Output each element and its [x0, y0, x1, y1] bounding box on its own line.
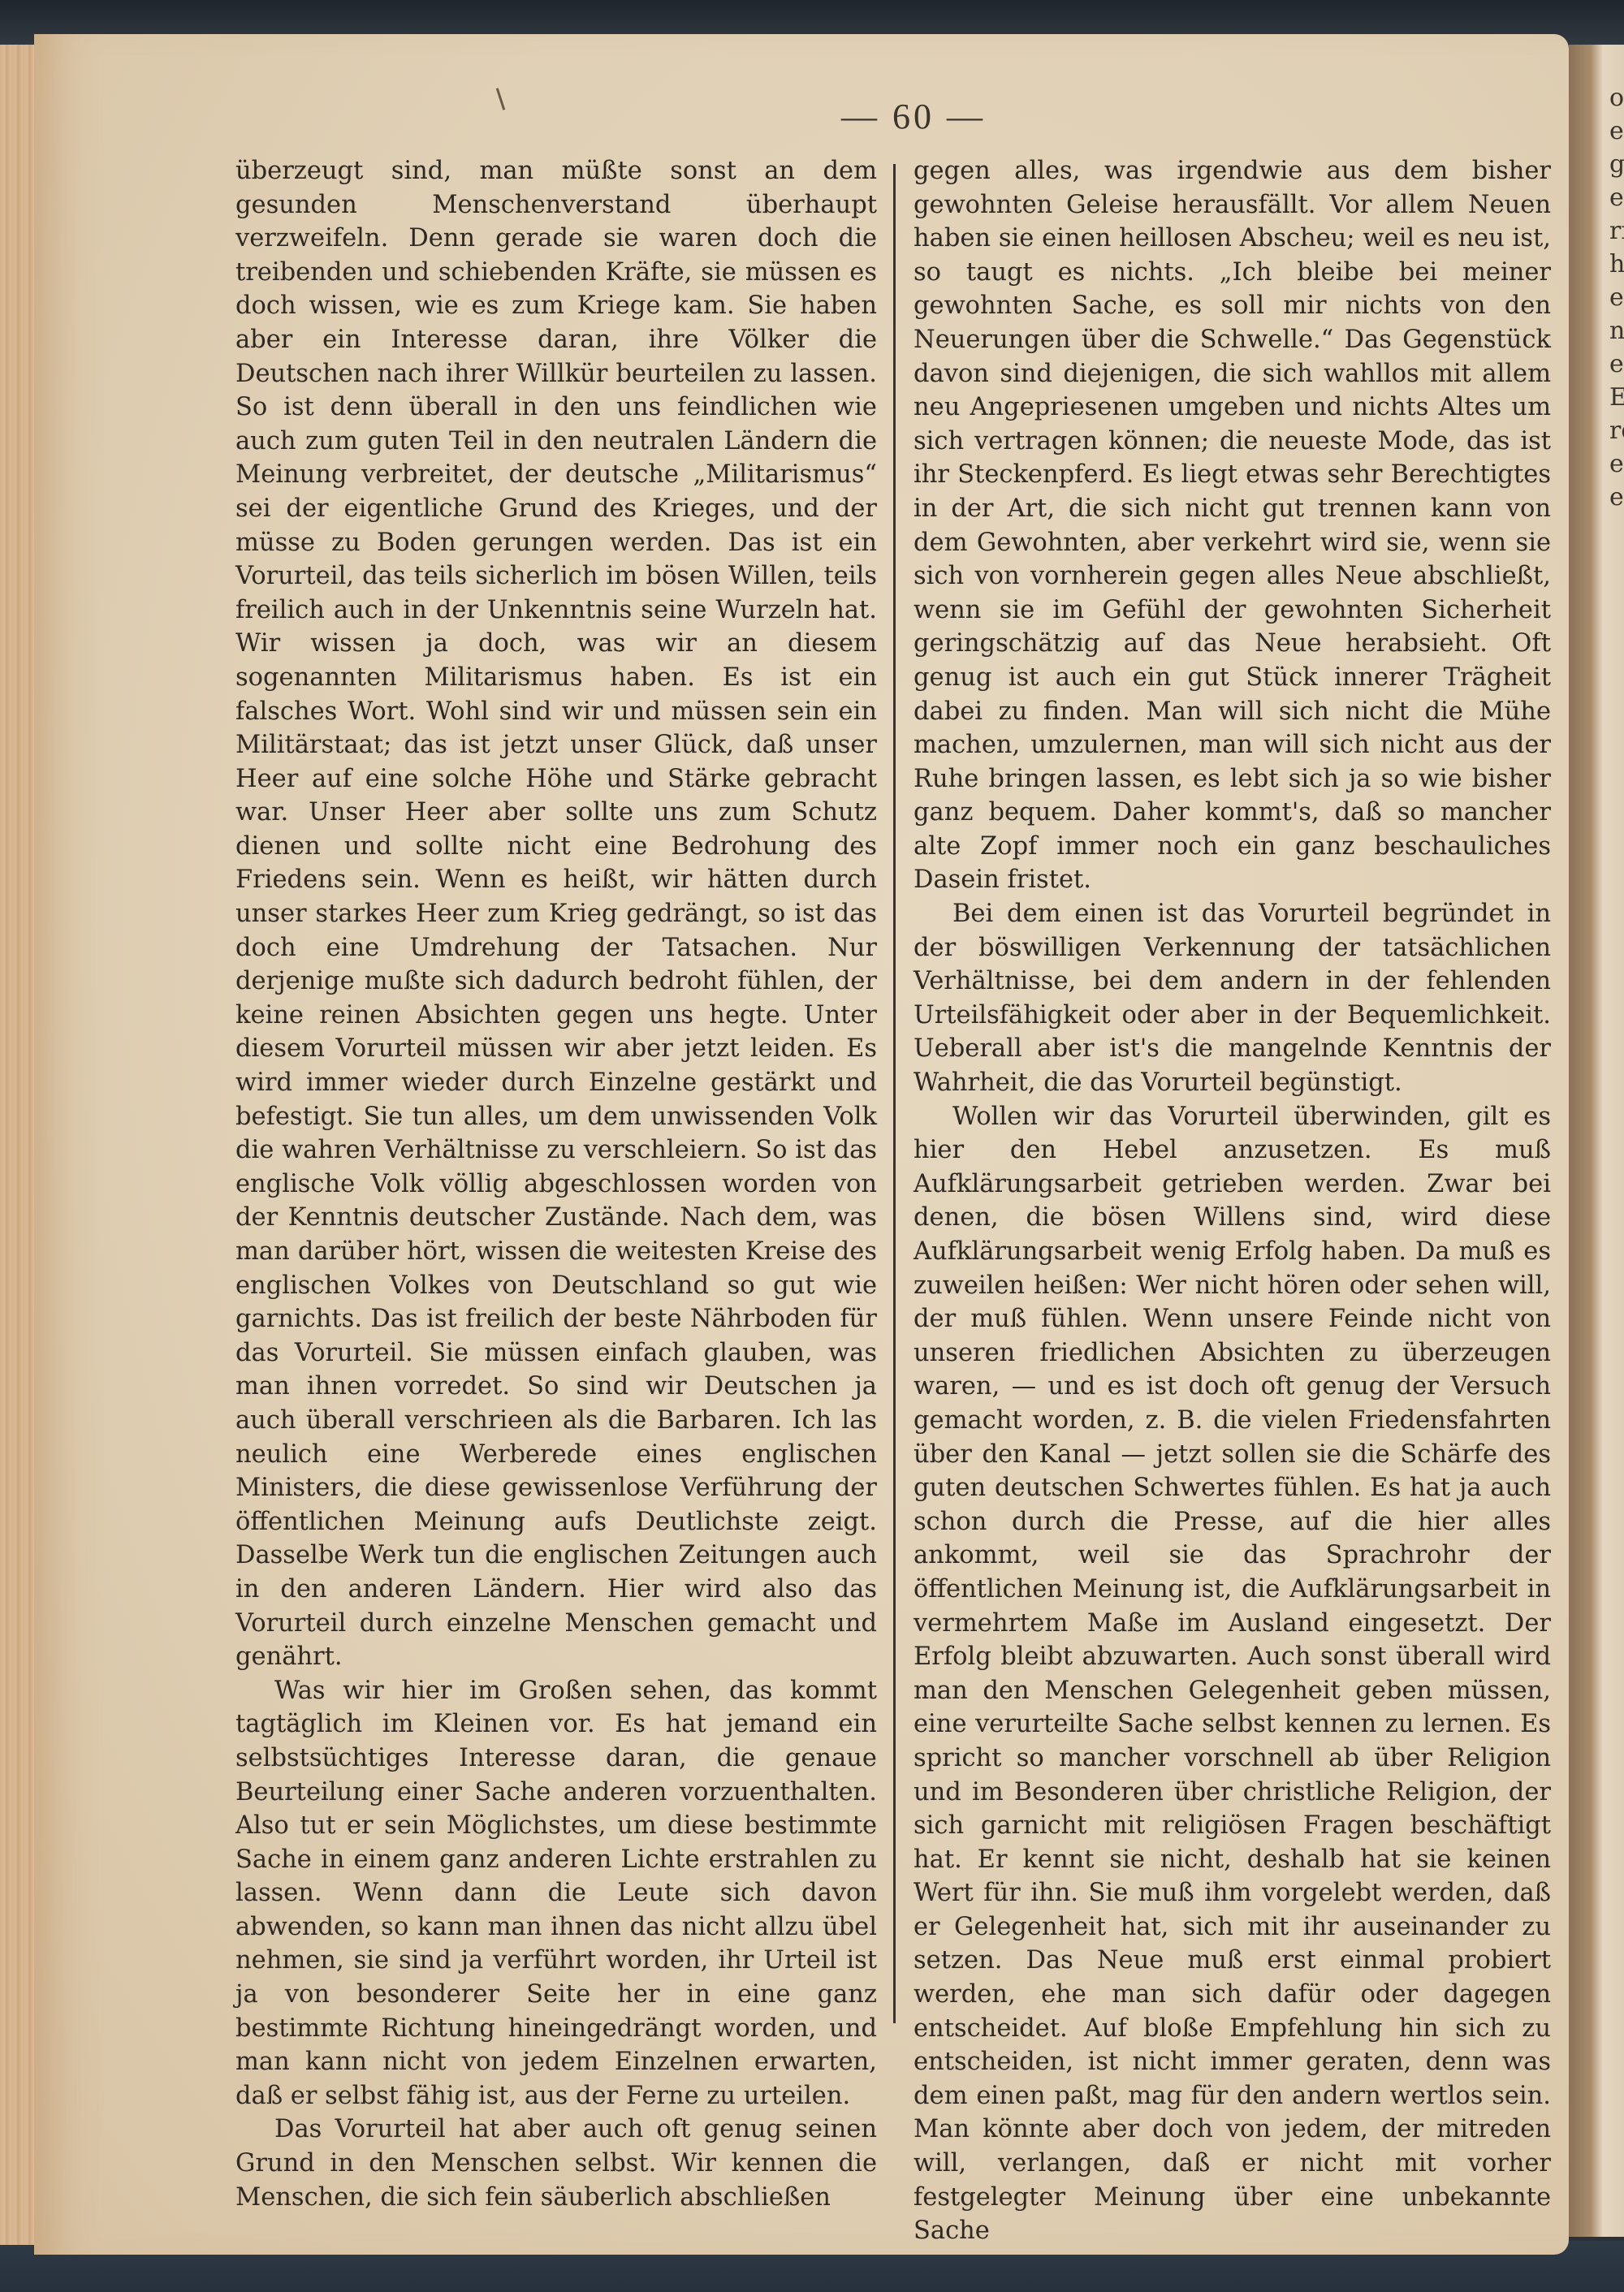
paragraph: überzeugt sind, man müßte sonst an dem g…: [235, 154, 877, 1674]
paragraph: Das Vorurteil hat aber auch oft genug se…: [235, 2113, 877, 2214]
paragraph: Wollen wir das Vorurteil überwinden, gil…: [914, 1100, 1551, 2248]
page-number: — 60 —: [816, 96, 1011, 137]
paragraph: Bei dem einen ist das Vorurteil begründe…: [914, 897, 1551, 1100]
right-text-column: gegen alles, was irgendwie aus dem bishe…: [914, 154, 1551, 2248]
column-divider: [893, 164, 896, 2023]
left-text-column: überzeugt sind, man müßte sonst an dem g…: [235, 154, 877, 2214]
paragraph: Was wir hier im Großen sehen, das kommt …: [235, 1674, 877, 2113]
paragraph: gegen alles, was irgendwie aus dem bishe…: [914, 154, 1551, 897]
adjacent-page-text: on en, ge- en rfe hat es nt- er- Er- rd …: [1609, 81, 1624, 2111]
